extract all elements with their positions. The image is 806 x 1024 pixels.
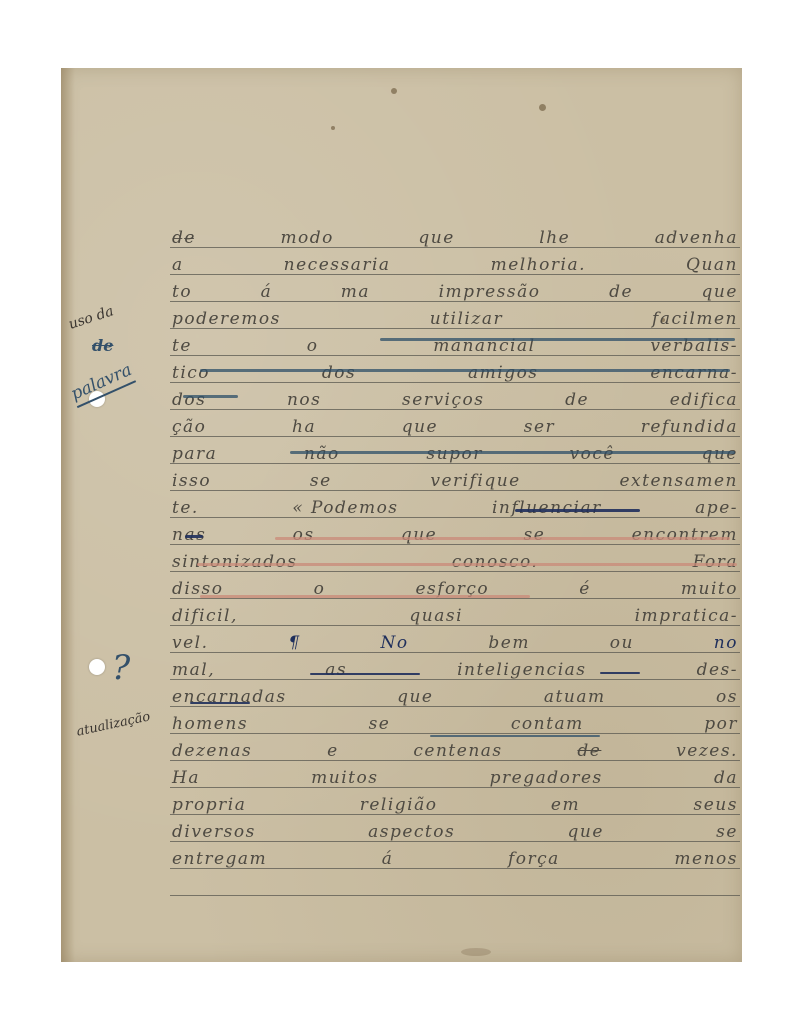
- navy-underline: [600, 672, 640, 674]
- word: to: [172, 282, 192, 302]
- word: se: [310, 471, 332, 491]
- word: tico: [172, 363, 210, 383]
- word: necessaria: [284, 255, 391, 275]
- navy-underline: [185, 535, 203, 538]
- word: mal,: [172, 660, 215, 680]
- word: vel.: [172, 633, 209, 653]
- word: muito: [681, 579, 738, 599]
- word: da: [714, 768, 738, 788]
- word: ha: [292, 417, 316, 437]
- margin-note-struck: de: [92, 336, 113, 355]
- word: No: [380, 633, 408, 653]
- text-line: isso se verifique extensamen: [172, 467, 738, 491]
- text-line: homens se contam por: [172, 710, 738, 734]
- word: te: [172, 336, 192, 356]
- word: se: [369, 714, 391, 734]
- word: ape-: [695, 498, 738, 518]
- word: te.: [172, 498, 199, 518]
- text-line: a necessaria melhoria. Quan: [172, 251, 738, 275]
- word: poderemos: [172, 309, 281, 329]
- word: entregam: [172, 849, 267, 869]
- text-line: sintonizados conosco. Fora: [172, 548, 738, 572]
- word: dos: [322, 363, 356, 383]
- word: e: [327, 741, 339, 761]
- text-line: nas os que se encontrem: [172, 521, 738, 545]
- word: refundida: [641, 417, 738, 437]
- text-line: poderemos utilizar facilmen: [172, 305, 738, 329]
- word: os: [716, 687, 738, 707]
- text-line: diversos aspectos que se: [172, 818, 738, 842]
- word: religião: [360, 795, 438, 815]
- word: seus: [694, 795, 738, 815]
- word: é: [579, 579, 591, 599]
- word: Fora: [693, 552, 738, 572]
- word: se: [524, 525, 546, 545]
- word: á: [261, 282, 273, 302]
- word: dificil,: [172, 606, 238, 626]
- paragraph-mark: ¶: [288, 633, 300, 653]
- ink-stain: [391, 88, 397, 94]
- text-line: dos nos serviços de edifica: [172, 386, 738, 410]
- word: atuam: [544, 687, 606, 707]
- word: que: [702, 282, 738, 302]
- word: impressão: [439, 282, 541, 302]
- word: « Podemos: [292, 498, 398, 518]
- word: centenas: [413, 741, 502, 761]
- word: amigos: [468, 363, 539, 383]
- text-line: entregam á força menos: [172, 845, 738, 869]
- word: se: [716, 822, 738, 842]
- word: quasi: [409, 606, 463, 626]
- word: serviços: [402, 390, 484, 410]
- word: extensamen: [619, 471, 737, 491]
- word: Ha: [172, 768, 200, 788]
- word: nos: [287, 390, 321, 410]
- text-line: propria religião em seus: [172, 791, 738, 815]
- word: a: [172, 255, 184, 275]
- navy-underline: [515, 509, 640, 512]
- word: que: [418, 228, 454, 248]
- word: á: [382, 849, 394, 869]
- word: homens: [172, 714, 248, 734]
- word: que: [401, 525, 437, 545]
- word: dezenas: [172, 741, 252, 761]
- text-line: dificil, quasi impratica-: [172, 602, 738, 626]
- word: conosco.: [452, 552, 539, 572]
- text-line: Ha muitos pregadores da: [172, 764, 738, 788]
- margin-note-text: de: [92, 336, 113, 355]
- ink-stain: [331, 126, 335, 130]
- ink-stain: [461, 948, 491, 956]
- red-underline: [197, 563, 737, 566]
- word: Quan: [686, 255, 738, 275]
- text-line: mal, as inteligencias des-: [172, 656, 738, 680]
- text-line: ção ha que ser refundida: [172, 413, 738, 437]
- word: des-: [697, 660, 738, 680]
- word: os: [293, 525, 315, 545]
- margin-note-text: ?: [112, 648, 130, 688]
- text-line: dezenas e centenas de vezes.: [172, 737, 738, 761]
- word: modo: [280, 228, 333, 248]
- word: não: [304, 444, 340, 464]
- word: que: [702, 444, 738, 464]
- word: você: [570, 444, 615, 464]
- word: encontrem: [632, 525, 738, 545]
- word: bem: [488, 633, 530, 653]
- blue-underline: [380, 338, 735, 341]
- word: edifica: [670, 390, 738, 410]
- word: as: [325, 660, 347, 680]
- word: força: [508, 849, 560, 869]
- word: ou: [610, 633, 634, 653]
- blue-underline: [290, 451, 735, 454]
- word: melhoria.: [491, 255, 586, 275]
- ink-stain: [539, 104, 546, 111]
- word: em: [551, 795, 580, 815]
- word: influenciar: [492, 498, 602, 518]
- word: de: [565, 390, 589, 410]
- text-line: d̶e̶ modo que lhe advenha: [172, 224, 738, 248]
- navy-underline: [190, 702, 250, 704]
- red-underline: [275, 537, 730, 540]
- word: facilmen: [652, 309, 738, 329]
- word: diversos: [172, 822, 256, 842]
- word: vezes.: [676, 741, 738, 761]
- word: de: [609, 282, 633, 302]
- word: que: [402, 417, 438, 437]
- red-underline: [200, 595, 530, 598]
- blue-underline: [183, 395, 238, 398]
- word: muitos: [311, 768, 378, 788]
- word: propria: [172, 795, 246, 815]
- word: encarnadas: [172, 687, 287, 707]
- word: dos: [172, 390, 206, 410]
- word: ma: [341, 282, 370, 302]
- word: o: [307, 336, 319, 356]
- question-mark-icon: ?: [112, 648, 130, 688]
- navy-underline: [310, 673, 420, 675]
- word: isso: [172, 471, 211, 491]
- word: inteligencias: [457, 660, 586, 680]
- word: ção: [172, 417, 206, 437]
- word: menos: [674, 849, 738, 869]
- word: lhe: [539, 228, 570, 248]
- word: que: [567, 822, 603, 842]
- word: contam: [511, 714, 584, 734]
- word: sintonizados: [172, 552, 298, 572]
- word: verifique: [430, 471, 520, 491]
- word: por: [704, 714, 738, 734]
- word: para: [172, 444, 217, 464]
- word: advenha: [655, 228, 738, 248]
- word: encarna-: [650, 363, 738, 383]
- word: utilizar: [430, 309, 503, 329]
- text-line: encarnadas que atuam os: [172, 683, 738, 707]
- word: ser: [524, 417, 555, 437]
- ruled-line: [170, 895, 740, 896]
- blue-underline: [430, 735, 600, 737]
- word: d̶e̶: [172, 228, 196, 248]
- word: aspectos: [368, 822, 455, 842]
- blue-underline: [200, 369, 730, 372]
- text-line: vel. ¶ No bem ou no: [172, 629, 738, 653]
- text-line: te o manancial verbalis-: [172, 332, 738, 356]
- punch-hole-bottom: [89, 659, 105, 675]
- word: impratica-: [635, 606, 738, 626]
- word: supor: [426, 444, 482, 464]
- text-line: te. « Podemos influenciar ape-: [172, 494, 738, 518]
- word: que: [397, 687, 433, 707]
- word: no: [714, 633, 738, 653]
- word: pregadores: [490, 768, 603, 788]
- word: de: [577, 741, 601, 761]
- text-line: to á ma impressão de que: [172, 278, 738, 302]
